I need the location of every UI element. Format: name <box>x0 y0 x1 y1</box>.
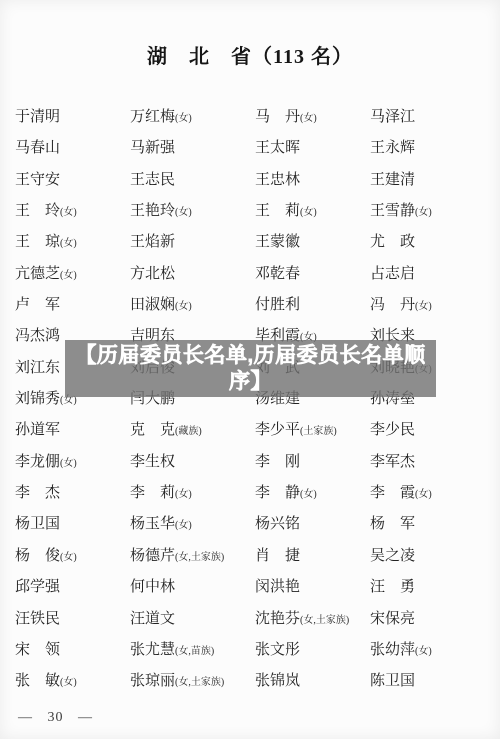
delegate-cell: 马新强 <box>130 138 255 158</box>
delegate-name: 陈卫国 <box>370 673 415 689</box>
delegate-name: 杨卫国 <box>15 516 60 532</box>
delegate-name: 王太晖 <box>255 140 300 156</box>
delegate-name: 邱学强 <box>15 579 60 595</box>
delegate-cell: 汪铁民 <box>15 609 130 629</box>
delegate-tag: (女) <box>60 238 77 249</box>
delegate-tag: (女) <box>60 677 77 688</box>
delegate-name: 杨兴铭 <box>255 516 300 532</box>
table-row: 马春山马新强王太晖王永辉 <box>15 138 497 169</box>
delegate-cell: 张 敏(女) <box>15 671 130 693</box>
table-row: 张 敏(女)张琼丽(女,土家族)张锦岚陈卫国 <box>15 671 497 702</box>
delegate-name: 汪铁民 <box>15 611 60 627</box>
table-row: 卢 军田淑娴(女)付胜利冯 丹(女) <box>15 295 497 326</box>
delegate-cell: 王建清 <box>370 170 497 190</box>
delegate-cell: 方北松 <box>130 264 255 284</box>
delegate-cell: 杨卫国 <box>15 514 130 534</box>
delegate-name: 亢德芝 <box>15 266 60 282</box>
delegate-cell: 王焰新 <box>130 232 255 252</box>
delegate-cell: 田淑娴(女) <box>130 295 255 317</box>
delegate-name: 王永辉 <box>370 140 415 156</box>
table-row: 于清明万红梅(女)马 丹(女)马泽江 <box>15 107 497 138</box>
delegate-cell: 李 莉(女) <box>130 483 255 505</box>
delegate-tag: (女) <box>60 270 77 281</box>
delegate-cell: 王 玲(女) <box>15 201 130 223</box>
delegate-cell: 宋保亮 <box>370 609 497 629</box>
delegate-tag: (藏族) <box>175 426 202 437</box>
delegate-name: 汪道文 <box>130 611 175 627</box>
delegate-tag: (女) <box>175 520 192 531</box>
table-row: 邱学强何中林闵洪艳汪 勇 <box>15 577 497 608</box>
delegate-cell: 马泽江 <box>370 107 497 127</box>
delegate-cell: 孙道军 <box>15 420 130 440</box>
delegate-cell: 李 静(女) <box>255 483 370 505</box>
delegate-name: 李军杰 <box>370 454 415 470</box>
table-row: 宋 领张尤慧(女,苗族)张文彤张幼萍(女) <box>15 640 497 671</box>
delegate-cell: 杨德芹(女,土家族) <box>130 546 255 568</box>
delegate-name-list: 于清明万红梅(女)马 丹(女)马泽江马春山马新强王太晖王永辉王守安王志民王忠林王… <box>15 107 497 703</box>
delegate-name: 万红梅 <box>130 109 175 125</box>
table-row: 王 琼(女)王焰新王蒙徽尤 政 <box>15 232 497 263</box>
delegate-cell: 闵洪艳 <box>255 577 370 597</box>
delegate-name: 杨玉华 <box>130 516 175 532</box>
delegate-cell: 张琼丽(女,土家族) <box>130 671 255 693</box>
delegate-tag: (女) <box>300 113 317 124</box>
table-row: 李 杰李 莉(女)李 静(女)李 霞(女) <box>15 483 497 514</box>
delegate-name: 杨 军 <box>370 516 415 532</box>
delegate-cell: 李 杰 <box>15 483 130 503</box>
delegate-name: 王 琼 <box>15 234 60 250</box>
delegate-name: 沈艳芬 <box>255 611 300 627</box>
delegate-cell: 李少平(土家族) <box>255 420 370 442</box>
delegate-cell: 张文彤 <box>255 640 370 660</box>
delegate-cell: 王忠林 <box>255 170 370 190</box>
delegate-tag: (女) <box>60 458 77 469</box>
delegate-cell: 王太晖 <box>255 138 370 158</box>
delegate-name: 马泽江 <box>370 109 415 125</box>
delegate-cell: 于清明 <box>15 107 130 127</box>
delegate-name: 付胜利 <box>255 297 300 313</box>
delegate-cell: 汪 勇 <box>370 577 497 597</box>
table-row: 李龙倗(女)李生权李 刚李军杰 <box>15 452 497 483</box>
delegate-cell: 王 莉(女) <box>255 201 370 223</box>
delegate-name: 宋保亮 <box>370 611 415 627</box>
delegate-cell: 万红梅(女) <box>130 107 255 129</box>
delegate-name: 李 莉 <box>130 485 175 501</box>
delegate-tag: (土家族) <box>300 426 337 437</box>
delegate-cell: 李 霞(女) <box>370 483 497 505</box>
delegate-tag: (女) <box>415 489 432 500</box>
delegate-name: 尤 政 <box>370 234 415 250</box>
delegate-name: 刘江东 <box>15 360 60 376</box>
delegate-cell: 冯 丹(女) <box>370 295 497 317</box>
delegate-name: 闵洪艳 <box>255 579 300 595</box>
delegate-cell: 卢 军 <box>15 295 130 315</box>
delegate-cell: 何中林 <box>130 577 255 597</box>
delegate-tag: (女) <box>60 207 77 218</box>
delegate-name: 李 杰 <box>15 485 60 501</box>
delegate-cell: 王艳玲(女) <box>130 201 255 223</box>
delegate-name: 方北松 <box>130 266 175 282</box>
delegate-tag: (女) <box>175 207 192 218</box>
table-row: 汪铁民汪道文沈艳芬(女,土家族)宋保亮 <box>15 609 497 640</box>
watermark-overlay: 【历届委员长名单,历届委员长名单顺序】 <box>65 340 436 397</box>
delegate-name: 冯杰鸿 <box>15 328 60 344</box>
delegate-name: 肖 捷 <box>255 548 300 564</box>
delegate-tag: (女,土家族) <box>175 552 224 563</box>
delegate-cell: 王雪静(女) <box>370 201 497 223</box>
delegate-cell: 汪道文 <box>130 609 255 629</box>
delegate-name: 王艳玲 <box>130 203 175 219</box>
delegate-tag: (女) <box>175 113 192 124</box>
delegate-cell: 邓乾春 <box>255 264 370 284</box>
page-number: — 30 — <box>18 710 93 726</box>
delegate-name: 王蒙徽 <box>255 234 300 250</box>
delegate-name: 张尤慧 <box>130 642 175 658</box>
delegate-name: 李生权 <box>130 454 175 470</box>
delegate-name: 李 静 <box>255 485 300 501</box>
table-row: 孙道军克 克(藏族)李少平(土家族)李少民 <box>15 420 497 451</box>
delegate-tag: (女) <box>300 207 317 218</box>
delegate-name: 李 霞 <box>370 485 415 501</box>
delegate-name: 于清明 <box>15 109 60 125</box>
delegate-cell: 亢德芝(女) <box>15 264 130 286</box>
page-title: 湖 北 省（113 名） <box>0 40 500 69</box>
table-row: 杨卫国杨玉华(女)杨兴铭杨 军 <box>15 514 497 545</box>
delegate-name: 王志民 <box>130 172 175 188</box>
delegate-name: 张文彤 <box>255 642 300 658</box>
delegate-cell: 邱学强 <box>15 577 130 597</box>
delegate-cell: 王蒙徽 <box>255 232 370 252</box>
delegate-name: 李少平 <box>255 422 300 438</box>
delegate-cell: 占志启 <box>370 264 497 284</box>
delegate-cell: 王志民 <box>130 170 255 190</box>
delegate-name: 吴之凌 <box>370 548 415 564</box>
delegate-cell: 尤 政 <box>370 232 497 252</box>
delegate-cell: 李少民 <box>370 420 497 440</box>
delegate-tag: (女) <box>175 301 192 312</box>
delegate-name: 王雪静 <box>370 203 415 219</box>
delegate-cell: 肖 捷 <box>255 546 370 566</box>
delegate-name: 克 克 <box>130 422 175 438</box>
delegate-name: 刘锦秀 <box>15 391 60 407</box>
delegate-name: 冯 丹 <box>370 297 415 313</box>
delegate-cell: 陈卫国 <box>370 671 497 691</box>
table-row: 杨 俊(女)杨德芹(女,土家族)肖 捷吴之凌 <box>15 546 497 577</box>
delegate-name: 何中林 <box>130 579 175 595</box>
delegate-name: 宋 领 <box>15 642 60 658</box>
delegate-cell: 杨兴铭 <box>255 514 370 534</box>
delegate-name: 汪 勇 <box>370 579 415 595</box>
delegate-name: 李 刚 <box>255 454 300 470</box>
table-row: 王 玲(女)王艳玲(女)王 莉(女)王雪静(女) <box>15 201 497 232</box>
delegate-name: 王焰新 <box>130 234 175 250</box>
delegate-cell: 杨 军 <box>370 514 497 534</box>
delegate-cell: 杨 俊(女) <box>15 546 130 568</box>
delegate-cell: 王 琼(女) <box>15 232 130 254</box>
delegate-name: 张幼萍 <box>370 642 415 658</box>
delegate-tag: (女) <box>300 489 317 500</box>
delegate-name: 马 丹 <box>255 109 300 125</box>
delegate-cell: 吴之凌 <box>370 546 497 566</box>
delegate-name: 占志启 <box>370 266 415 282</box>
delegate-name: 卢 军 <box>15 297 60 313</box>
delegate-cell: 宋 领 <box>15 640 130 660</box>
delegate-name: 王 莉 <box>255 203 300 219</box>
delegate-name: 王守安 <box>15 172 60 188</box>
delegate-cell: 张尤慧(女,苗族) <box>130 640 255 662</box>
delegate-cell: 张锦岚 <box>255 671 370 691</box>
delegate-tag: (女) <box>415 301 432 312</box>
table-row: 亢德芝(女)方北松邓乾春占志启 <box>15 264 497 295</box>
delegate-name: 杨德芹 <box>130 548 175 564</box>
delegate-tag: (女) <box>415 646 432 657</box>
delegate-cell: 沈艳芬(女,土家族) <box>255 609 370 631</box>
delegate-name: 李龙倗 <box>15 454 60 470</box>
delegate-name: 邓乾春 <box>255 266 300 282</box>
delegate-tag: (女) <box>415 207 432 218</box>
delegate-name: 杨 俊 <box>15 548 60 564</box>
delegate-tag: (女,土家族) <box>300 615 349 626</box>
delegate-cell: 王永辉 <box>370 138 497 158</box>
delegate-tag: (女,土家族) <box>175 677 224 688</box>
delegate-name: 李少民 <box>370 422 415 438</box>
delegate-cell: 马 丹(女) <box>255 107 370 129</box>
delegate-name: 张锦岚 <box>255 673 300 689</box>
delegate-cell: 李生权 <box>130 452 255 472</box>
delegate-cell: 克 克(藏族) <box>130 420 255 442</box>
delegate-cell: 李 刚 <box>255 452 370 472</box>
delegate-name: 马春山 <box>15 140 60 156</box>
delegate-name: 王忠林 <box>255 172 300 188</box>
delegate-name: 张 敏 <box>15 673 60 689</box>
delegate-name: 张琼丽 <box>130 673 175 689</box>
delegate-cell: 杨玉华(女) <box>130 514 255 536</box>
delegate-name: 田淑娴 <box>130 297 175 313</box>
table-row: 王守安王志民王忠林王建清 <box>15 170 497 201</box>
delegate-cell: 付胜利 <box>255 295 370 315</box>
watermark-text: 【历届委员长名单,历届委员长名单顺序】 <box>67 343 434 395</box>
delegate-tag: (女,苗族) <box>175 646 214 657</box>
delegate-name: 王建清 <box>370 172 415 188</box>
delegate-cell: 李龙倗(女) <box>15 452 130 474</box>
delegate-cell: 李军杰 <box>370 452 497 472</box>
delegate-name: 马新强 <box>130 140 175 156</box>
scanned-document-page: 湖 北 省（113 名） 于清明万红梅(女)马 丹(女)马泽江马春山马新强王太晖… <box>0 0 500 739</box>
delegate-name: 孙道军 <box>15 422 60 438</box>
delegate-cell: 王守安 <box>15 170 130 190</box>
delegate-tag: (女) <box>175 489 192 500</box>
delegate-tag: (女) <box>60 552 77 563</box>
delegate-name: 王 玲 <box>15 203 60 219</box>
delegate-cell: 张幼萍(女) <box>370 640 497 662</box>
delegate-cell: 马春山 <box>15 138 130 158</box>
